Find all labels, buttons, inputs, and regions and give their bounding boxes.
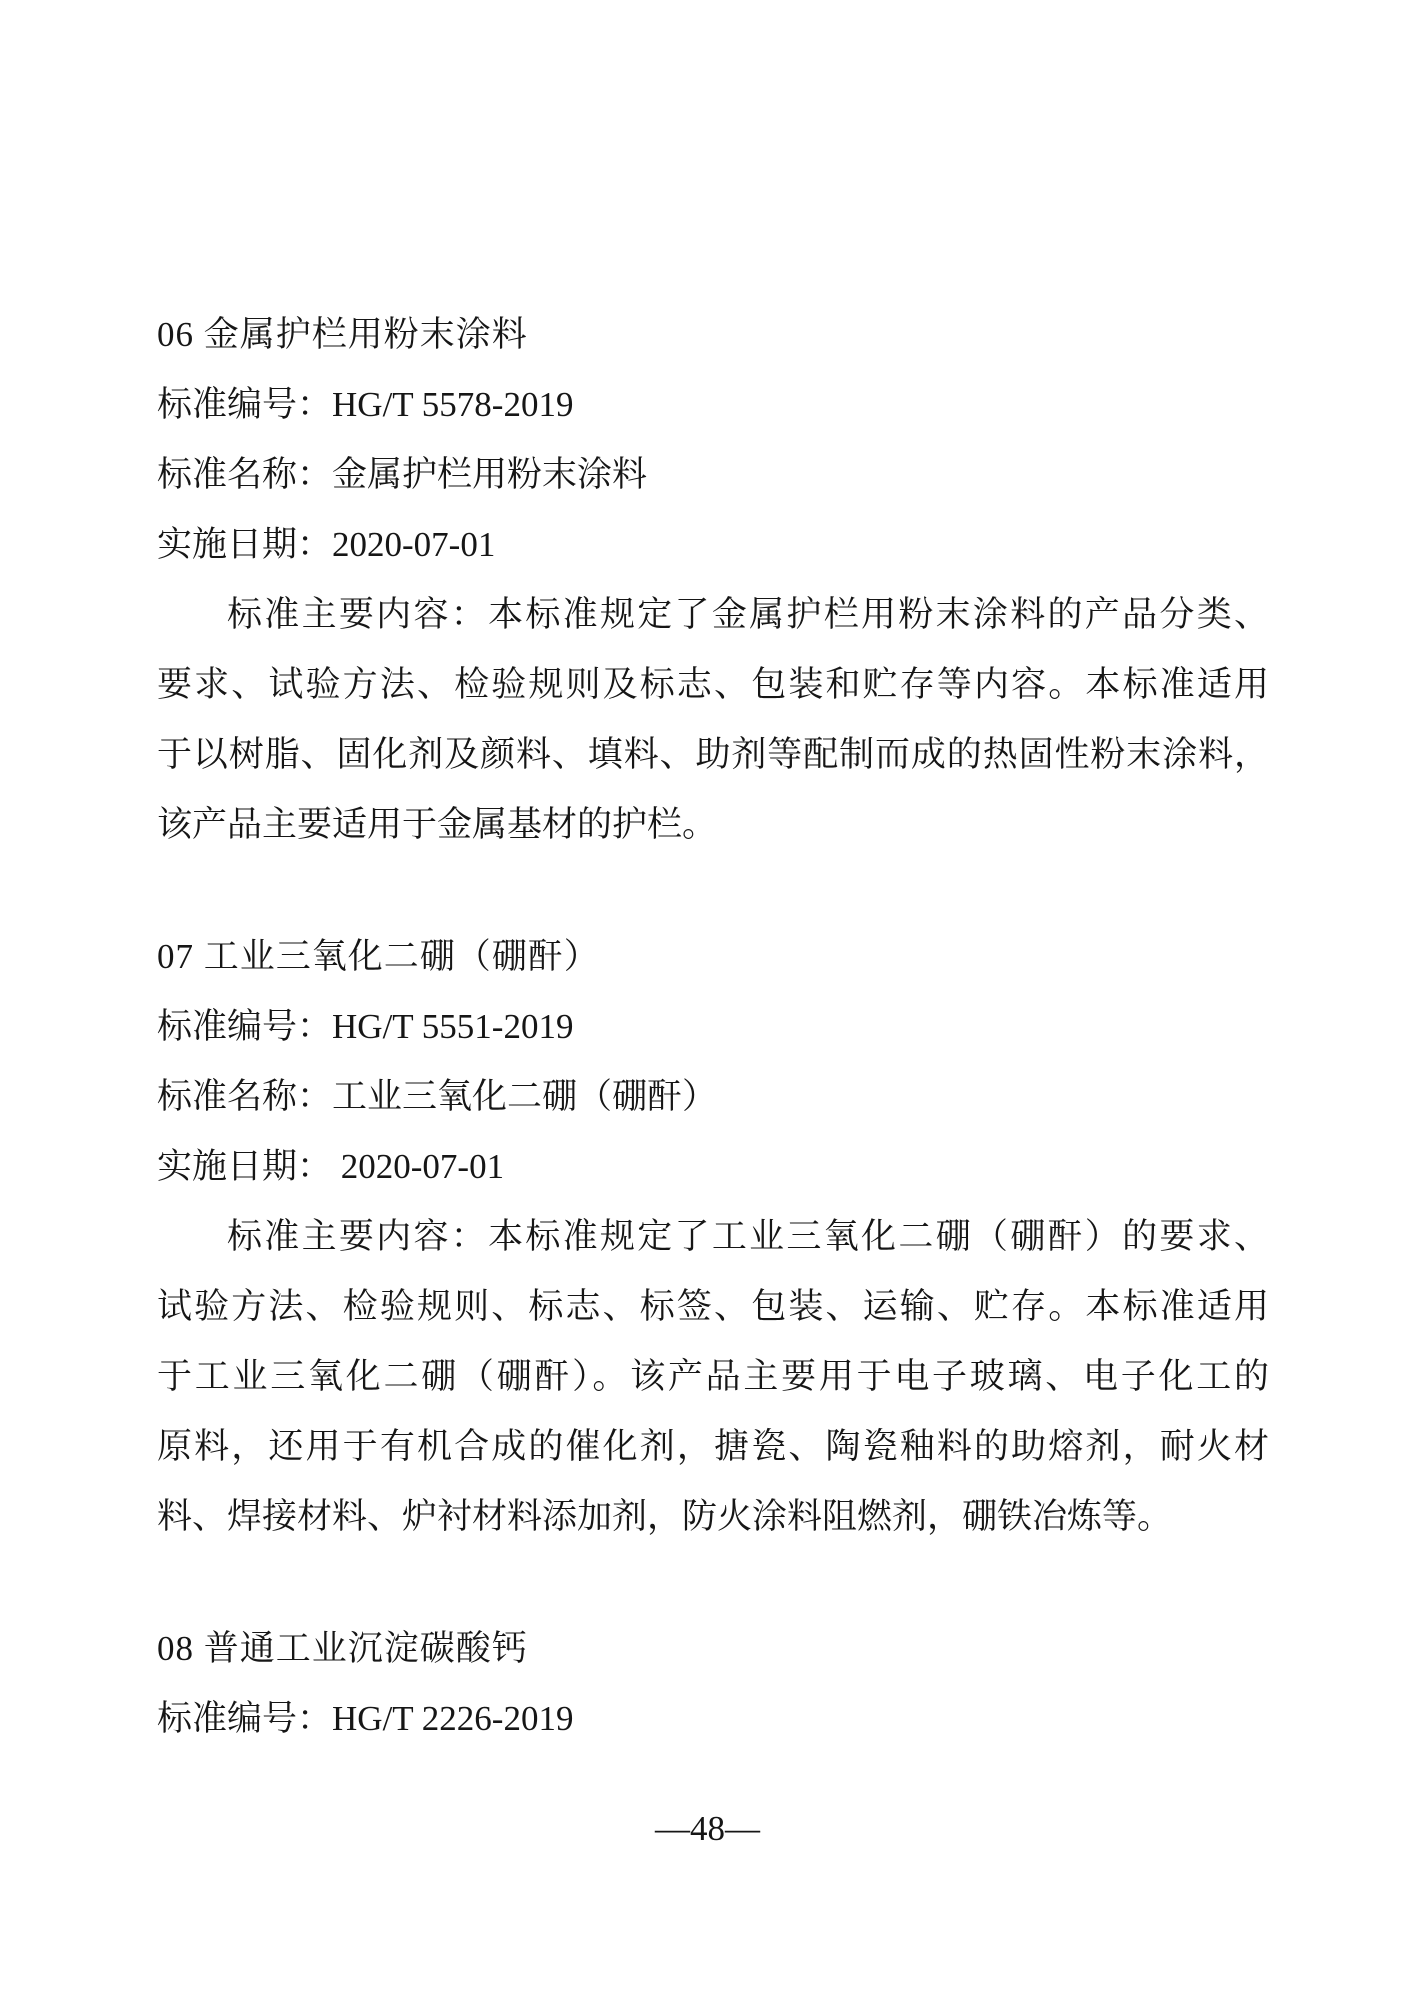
document-page: { "document": { "sections": [ { "heading… bbox=[0, 0, 1415, 2000]
field-row-standard-name: 标准名称：工业三氧化二硼（硼酐） bbox=[157, 1062, 1269, 1132]
section-heading: 08 普通工业沉淀碳酸钙 bbox=[157, 1614, 1269, 1684]
section-heading: 06 金属护栏用粉末涂料 bbox=[157, 300, 1269, 370]
summary-line: 原料，还用于有机合成的催化剂，搪瓷、陶瓷釉料的助熔剂，耐火材 bbox=[157, 1412, 1269, 1482]
summary-line: 于以树脂、固化剂及颜料、填料、助剂等配制而成的热固性粉末涂料， bbox=[157, 720, 1269, 790]
field-label: 标准编号： bbox=[157, 1007, 332, 1046]
field-value: HG/T 5551-2019 bbox=[332, 1007, 573, 1046]
summary-line: 试验方法、检验规则、标志、标签、包装、运输、贮存。本标准适用 bbox=[157, 1272, 1269, 1342]
field-label: 标准编号： bbox=[157, 1699, 332, 1738]
field-label: 实施日期： bbox=[157, 525, 332, 564]
section-heading: 07 工业三氧化二硼（硼酐） bbox=[157, 922, 1269, 992]
summary-line: 标准主要内容：本标准规定了金属护栏用粉末涂料的产品分类、 bbox=[157, 580, 1269, 650]
field-value: HG/T 2226-2019 bbox=[332, 1699, 573, 1738]
summary-line: 料、焊接材料、炉衬材料添加剂，防火涂料阻燃剂，硼铁冶炼等。 bbox=[157, 1482, 1269, 1552]
field-label: 标准名称： bbox=[157, 455, 332, 494]
field-value: HG/T 5578-2019 bbox=[332, 385, 573, 424]
field-value: 2020-07-01 bbox=[332, 1147, 504, 1186]
section-07: 07 工业三氧化二硼（硼酐） 标准编号：HG/T 5551-2019 标准名称：… bbox=[157, 922, 1269, 1552]
field-row-implementation-date: 实施日期： 2020-07-01 bbox=[157, 1132, 1269, 1202]
summary-line: 要求、试验方法、检验规则及标志、包装和贮存等内容。本标准适用 bbox=[157, 650, 1269, 720]
section-summary: 标准主要内容：本标准规定了工业三氧化二硼（硼酐）的要求、 试验方法、检验规则、标… bbox=[157, 1202, 1269, 1552]
section-06: 06 金属护栏用粉末涂料 标准编号：HG/T 5578-2019 标准名称：金属… bbox=[157, 300, 1269, 860]
field-label: 标准名称： bbox=[157, 1077, 332, 1116]
summary-line: 标准主要内容：本标准规定了工业三氧化二硼（硼酐）的要求、 bbox=[157, 1202, 1269, 1272]
field-row-standard-name: 标准名称：金属护栏用粉末涂料 bbox=[157, 440, 1269, 510]
field-label: 实施日期： bbox=[157, 1147, 332, 1186]
summary-line: 该产品主要适用于金属基材的护栏。 bbox=[157, 790, 1269, 860]
field-row-standard-code: 标准编号：HG/T 5578-2019 bbox=[157, 370, 1269, 440]
field-value: 金属护栏用粉末涂料 bbox=[332, 455, 647, 494]
page-body: 06 金属护栏用粉末涂料 标准编号：HG/T 5578-2019 标准名称：金属… bbox=[157, 300, 1269, 1754]
field-row-standard-code: 标准编号：HG/T 2226-2019 bbox=[157, 1684, 1269, 1754]
field-row-implementation-date: 实施日期：2020-07-01 bbox=[157, 510, 1269, 580]
page-number: —48— bbox=[0, 1804, 1415, 1854]
field-value: 工业三氧化二硼（硼酐） bbox=[332, 1077, 717, 1116]
section-08: 08 普通工业沉淀碳酸钙 标准编号：HG/T 2226-2019 bbox=[157, 1614, 1269, 1754]
field-value: 2020-07-01 bbox=[332, 525, 495, 564]
summary-line: 于工业三氧化二硼（硼酐）。该产品主要用于电子玻璃、电子化工的 bbox=[157, 1342, 1269, 1412]
field-row-standard-code: 标准编号：HG/T 5551-2019 bbox=[157, 992, 1269, 1062]
section-summary: 标准主要内容：本标准规定了金属护栏用粉末涂料的产品分类、 要求、试验方法、检验规… bbox=[157, 580, 1269, 860]
field-label: 标准编号： bbox=[157, 385, 332, 424]
